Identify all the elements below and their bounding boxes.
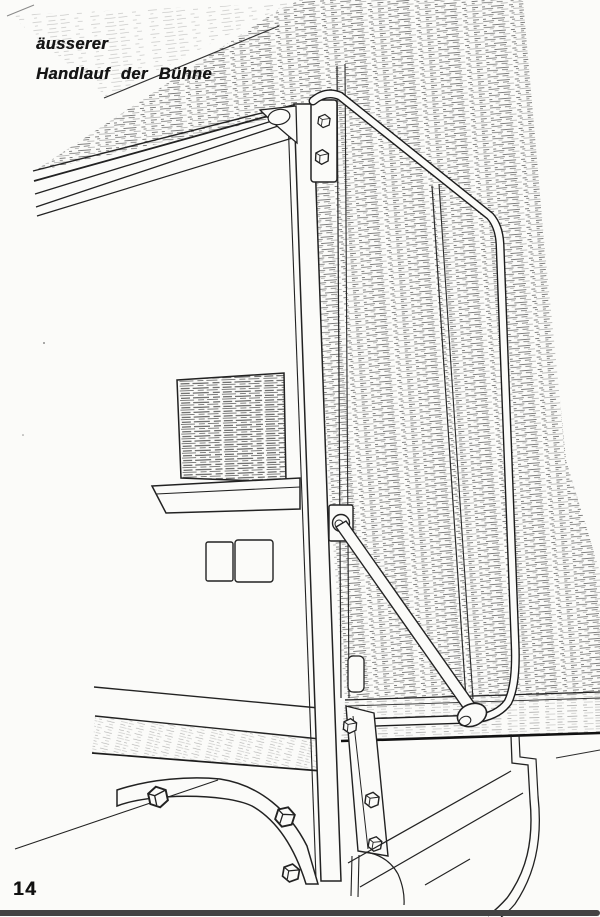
post-cap-plate	[348, 656, 364, 692]
cover-plate-right	[235, 540, 273, 582]
equipment-box	[177, 373, 286, 482]
scan-edge-artifact	[0, 910, 600, 916]
caption-line-1: äusserer	[36, 35, 108, 53]
cover-plate-left	[206, 542, 233, 581]
technical-illustration	[0, 0, 600, 917]
bracket-plate	[311, 100, 337, 182]
figure-caption: äusserer Handlauf der Bühne	[36, 29, 212, 89]
page-number: 14	[13, 879, 37, 901]
manual-page: äusserer Handlauf der Bühne 14	[0, 0, 600, 917]
caption-line-2: Handlauf der Bühne	[36, 59, 212, 89]
